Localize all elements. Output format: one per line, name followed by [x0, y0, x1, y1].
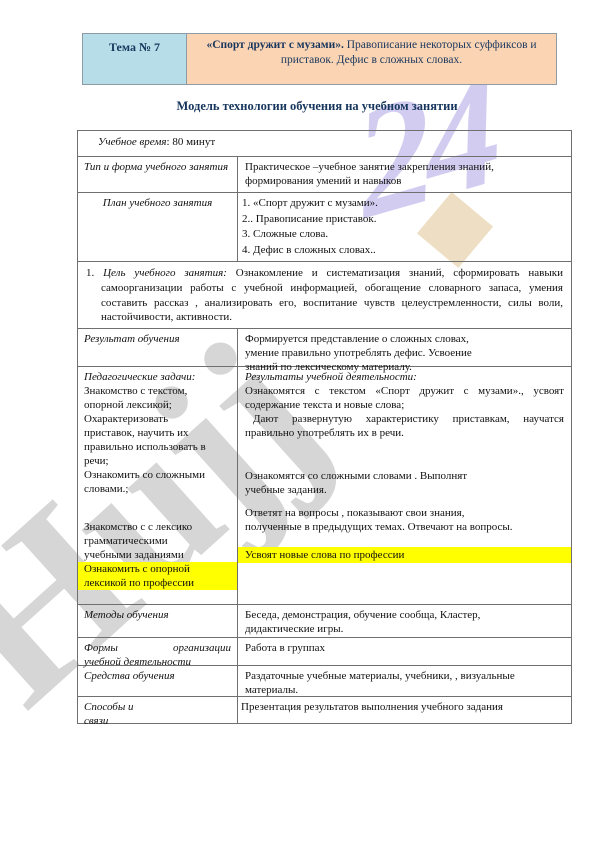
tasks-body: Знакомство с текстом, опорной лексикой; … — [84, 384, 231, 496]
row-methods: Методы обучения Беседа, демонстрация, об… — [78, 604, 571, 637]
type-value: Практическое –учебное занятие закреплени… — [237, 157, 571, 192]
topic-title-bold: «Спорт дружит с музами». — [206, 39, 343, 51]
outcomes-label: Результаты учебной деятельности: — [245, 370, 564, 384]
result-value: Формируется представление о сложных слов… — [237, 329, 571, 366]
document-page: Hujj 24 Тема № 7 «Спорт дружит с музами»… — [0, 0, 596, 842]
goal-label: Цель учебного занятия: — [103, 267, 227, 279]
time-cell: Учебное время: 80 минут — [98, 135, 571, 156]
tasks-highlight: Ознакомить с опорной лексикой по професс… — [78, 562, 237, 590]
goal-cell: 1. Цель учебного занятия: Ознакомление и… — [78, 262, 571, 328]
tasks-cell: Педагогические задачи: Знакомство с текс… — [78, 367, 237, 604]
methods-value: Беседа, демонстрация, обучение сообща, К… — [237, 605, 571, 637]
row-result: Результат обучения Формируется представл… — [78, 328, 571, 366]
forms-label-word2: организации — [173, 641, 231, 655]
ways-value: Презентация результатов выполнения учебн… — [237, 697, 571, 723]
outcomes-highlight: Усвоят новые слова по профессии — [238, 547, 571, 563]
forms-label: Формы организации учебной деятельности — [78, 638, 237, 665]
row-plan: План учебного занятия 1. «Спорт дружит с… — [78, 192, 571, 261]
tasks-body2: Знакомство с с лексико грамматическими у… — [84, 520, 231, 562]
lesson-model-table: Учебное время: 80 минут Тип и форма учеб… — [77, 130, 572, 724]
topic-header-table: Тема № 7 «Спорт дружит с музами». Правоп… — [82, 33, 557, 85]
forms-label-word1: Формы — [84, 641, 118, 655]
outcomes-cell: Результаты учебной деятельности: Ознаком… — [237, 367, 571, 604]
row-ways: Способы и связи Презентация результатов … — [78, 696, 571, 723]
row-time: Учебное время: 80 минут — [78, 131, 571, 156]
methods-label: Методы обучения — [78, 605, 237, 637]
type-label: Тип и форма учебного занятия — [78, 157, 237, 192]
row-goal: 1. Цель учебного занятия: Ознакомление и… — [78, 261, 571, 328]
plan-items: 1. «Спорт дружит с музами». 2.. Правопис… — [237, 193, 571, 261]
row-tasks-outcomes: Педагогические задачи: Знакомство с текс… — [78, 366, 571, 604]
outcomes-p4: Ответят на вопросы , показывают свои зна… — [245, 506, 564, 534]
row-means: Средства обучения Раздаточные учебные ма… — [78, 665, 571, 696]
time-label: Учебное время — [98, 136, 167, 148]
means-label: Средства обучения — [78, 666, 237, 696]
page-title: Модель технологии обучения на учебном за… — [77, 99, 557, 114]
ways-label: Способы и связи — [78, 697, 237, 723]
topic-number-cell: Тема № 7 — [83, 34, 187, 84]
forms-value: Работа в группах — [237, 638, 571, 665]
outcomes-p3: Ознакомятся со сложными словами . Выполн… — [245, 469, 564, 497]
means-value: Раздаточные учебные материалы, учебники,… — [237, 666, 571, 696]
plan-label: План учебного занятия — [78, 193, 237, 261]
topic-title-cell: «Спорт дружит с музами». Правописание не… — [187, 34, 556, 84]
result-label: Результат обучения — [78, 329, 237, 366]
goal-number: 1. — [86, 267, 103, 279]
outcomes-p2: Дают развернутую характеристику приставк… — [245, 412, 564, 440]
outcomes-p1: Ознакомятся с текстом «Спорт дружит с му… — [245, 384, 564, 412]
tasks-label: Педагогические задачи: — [84, 370, 231, 384]
time-value: : 80 минут — [167, 136, 216, 148]
forms-label-line1: Формы организации — [84, 641, 231, 655]
row-forms: Формы организации учебной деятельности Р… — [78, 637, 571, 665]
row-type: Тип и форма учебного занятия Практическо… — [78, 156, 571, 192]
